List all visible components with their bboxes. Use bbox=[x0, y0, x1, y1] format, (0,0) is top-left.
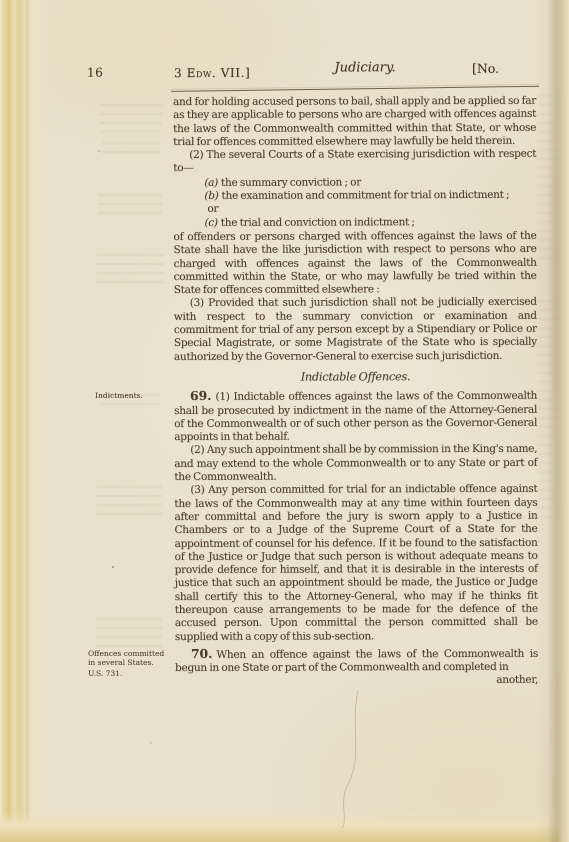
paper-speck bbox=[150, 742, 152, 744]
section-70-opening: 70.When an offence against the laws of t… bbox=[175, 646, 538, 676]
section-69-text: (1) Indictable offences against the laws… bbox=[174, 390, 537, 443]
list-item: (c)the trial and conviction on indictmen… bbox=[204, 215, 536, 229]
page-number: 16 bbox=[87, 65, 103, 79]
page-right-edge bbox=[535, 0, 569, 842]
list-item: or bbox=[204, 202, 536, 216]
section-69-paragraph-3: (3) Any person committed for trial for a… bbox=[174, 483, 538, 644]
section-69-paragraph-2: (2) Any such appointment shall be by com… bbox=[174, 443, 537, 484]
catchword: another, bbox=[175, 674, 538, 689]
list-item-text: or bbox=[207, 203, 218, 215]
margin-note-citation: U.S. 731. bbox=[88, 669, 168, 678]
show-through-text bbox=[102, 142, 160, 154]
show-through-text bbox=[538, 95, 556, 265]
clause-2-list: (a)the summary conviction ; or (b)the ex… bbox=[204, 176, 536, 230]
show-through-text bbox=[100, 104, 162, 132]
show-through-text bbox=[538, 300, 556, 520]
list-item: (a)the summary conviction ; or bbox=[204, 176, 536, 190]
section-69-opening: 69.(1) Indictable offences against the l… bbox=[174, 388, 537, 444]
header-rule bbox=[171, 86, 539, 93]
show-through-text bbox=[96, 486, 162, 518]
show-through-text bbox=[96, 618, 162, 652]
show-through-text bbox=[96, 254, 164, 286]
section-69-number: 69. bbox=[190, 388, 211, 403]
paper-crease bbox=[320, 688, 380, 828]
list-item: (b)the examination and commitment for tr… bbox=[204, 189, 536, 203]
list-item-text: the summary conviction ; or bbox=[221, 176, 361, 188]
clause-2-outro: of offenders or persons charged with off… bbox=[173, 230, 536, 298]
list-item-label: (b) bbox=[204, 190, 218, 202]
list-item-label: (c) bbox=[204, 217, 217, 229]
page-left-edge bbox=[0, 0, 50, 842]
list-item-label: (a) bbox=[204, 177, 218, 189]
paper-speck bbox=[112, 566, 114, 568]
paper-speck bbox=[98, 150, 100, 152]
running-title: Judiciary. bbox=[300, 60, 430, 76]
section-heading: Indictable Offences. bbox=[174, 370, 537, 385]
page-bottom-edge bbox=[0, 812, 569, 842]
clause-2-intro: (2) The several Courts of a State exerci… bbox=[173, 148, 536, 176]
list-item-text: the trial and conviction on indictment ; bbox=[221, 216, 415, 229]
body-column: and for holding accused persons to bail,… bbox=[173, 95, 538, 689]
margin-note-69: Indictments. bbox=[95, 391, 175, 400]
page-header: 16 3 Edw. VII.] Judiciary. [No. bbox=[0, 0, 569, 1]
section-70-number: 70. bbox=[191, 646, 212, 661]
regnal-year: 3 Edw. VII.] bbox=[174, 66, 250, 80]
act-number-bracket: [No. bbox=[472, 61, 499, 76]
section-70-text: When an offence against the laws of the … bbox=[175, 648, 538, 675]
list-item-text: the examination and commitment for trial… bbox=[221, 189, 509, 202]
scanned-act-page: 16 3 Edw. VII.] Judiciary. [No. Indictme… bbox=[0, 0, 569, 842]
margin-note-text: Indictments. bbox=[95, 391, 143, 400]
clause-3-paragraph: (3) Provided that such jurisdiction shal… bbox=[174, 296, 537, 364]
margin-note-text: Offences committed in several States. bbox=[88, 649, 164, 667]
margin-note-70: Offences committed in several States. U.… bbox=[88, 649, 168, 678]
show-through-text bbox=[98, 194, 162, 216]
continuation-paragraph: and for holding accused persons to bail,… bbox=[173, 95, 536, 149]
